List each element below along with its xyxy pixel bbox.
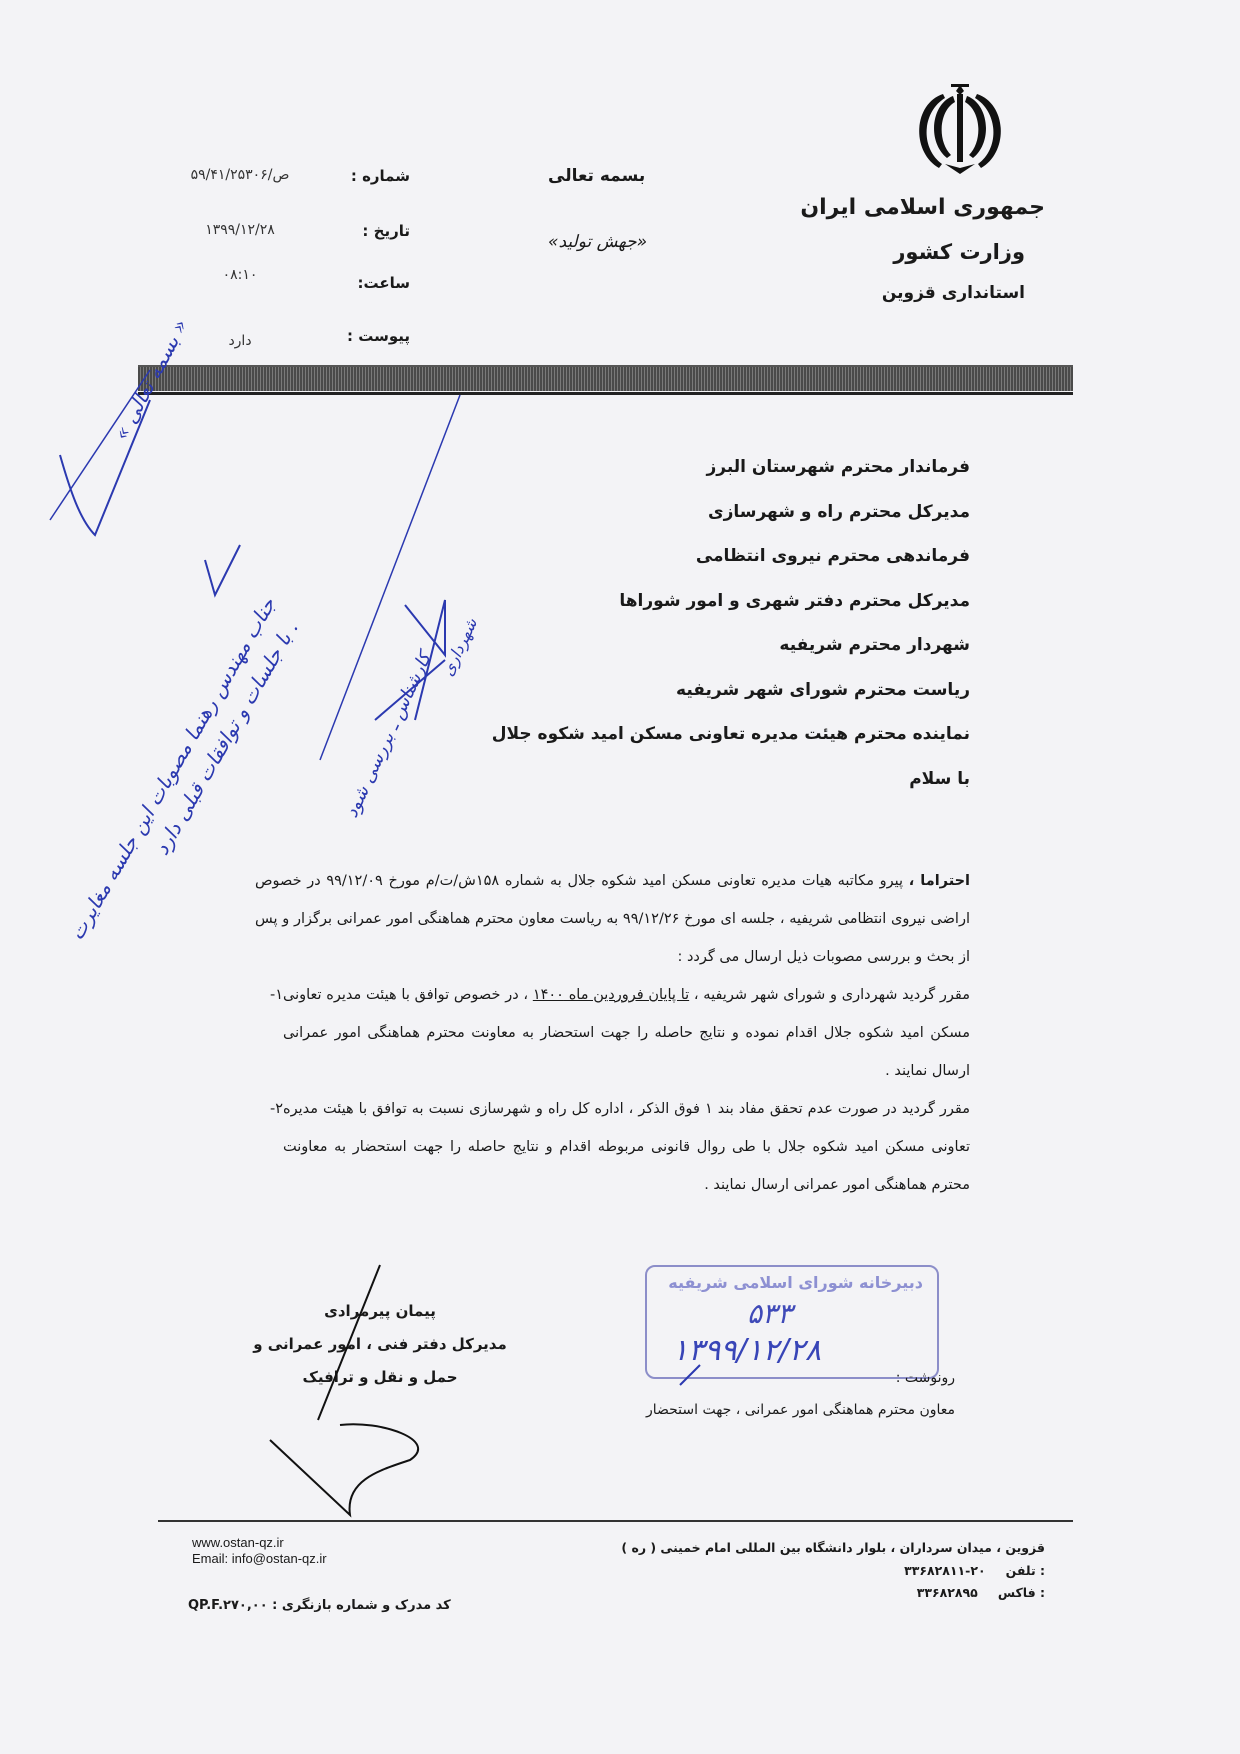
footer-phone: تلفن : ۳۳۶۸۲۸۱۱-۲۰	[904, 1563, 1045, 1578]
time-value: ۰۸:۱۰	[170, 267, 310, 283]
stamp-title: دبیرخانه شورای اسلامی شریفیه	[668, 1273, 923, 1292]
cc-label: رونوشت :	[896, 1370, 955, 1386]
item-text: مقرر گردید شهرداری و شورای شهر شریفیه ،	[689, 987, 970, 1003]
check-mark-icon	[205, 545, 240, 595]
date-label: تاریخ :	[330, 222, 410, 240]
footer-divider	[158, 1520, 1073, 1522]
date-value: ۱۳۹۹/۱۲/۲۸	[170, 222, 310, 238]
fax-label: فاکس :	[998, 1585, 1045, 1600]
phone-value: ۳۳۶۸۲۸۱۱-۲۰	[904, 1563, 985, 1578]
intro-text: پیرو مکاتبه هیات مدیره تعاونی مسکن امید …	[255, 873, 970, 965]
signer-title: مدیرکل دفتر فنی ، امور عمرانی و	[245, 1328, 515, 1361]
opening-word: احتراما ،	[909, 873, 970, 889]
slogan: «جهش تولید»	[548, 232, 647, 252]
resolution-item-1: ۱- مقرر گردید شهرداری و شورای شهر شریفیه…	[255, 976, 970, 1090]
intro-paragraph: احتراما ، پیرو مکاتبه هیات مدیره تعاونی …	[255, 862, 970, 976]
recipient-item: فرماندار محترم شهرستان البرز	[270, 452, 970, 497]
handwritten-note-line1: جناب مهندس رهنما مصوبات این جلسه مغایرت	[64, 593, 280, 944]
footer-web: www.ostan-qz.ir Email: info@ostan-qz.ir	[192, 1535, 327, 1567]
stamp-number: ۵۳۳	[747, 1297, 792, 1330]
recipient-item: شهردار محترم شریفیه	[270, 630, 970, 675]
country-name: جمهوری اسلامی ایران	[800, 195, 1045, 220]
letter-body: احتراما ، پیرو مکاتبه هیات مدیره تعاونی …	[255, 862, 970, 1204]
footer-address: قزوین ، میدان سرداران ، بلوار دانشگاه بی…	[621, 1540, 1045, 1555]
header-divider	[138, 392, 1073, 395]
office-name: استانداری قزوین	[882, 283, 1025, 303]
recipient-item: ریاست محترم شورای شهر شریفیه	[270, 675, 970, 720]
letter-page: جمهوری اسلامی ایران وزارت کشور استانداری…	[0, 0, 1240, 1754]
item-text: مقرر گردید در صورت عدم تحقق مفاد بند ۱ ف…	[283, 1101, 970, 1193]
attachment-value: دارد	[170, 333, 310, 349]
website-link[interactable]: www.ostan-qz.ir	[192, 1535, 327, 1551]
document-code: کد مدرک و شماره بازنگری : QP.F.۲۷۰,۰۰	[188, 1598, 451, 1613]
email-link[interactable]: Email: info@ostan-qz.ir	[192, 1551, 327, 1567]
phone-label: تلفن :	[1006, 1563, 1045, 1578]
deadline-underlined: تا پایان فروردین ماه ۱۴۰۰	[533, 987, 689, 1003]
bismillah: بسمه تعالی	[548, 166, 645, 186]
cc-recipient: معاون محترم هماهنگی امور عمرانی ، جهت اس…	[646, 1402, 955, 1418]
footer-fax: فاکس : ۳۳۶۸۲۸۹۵	[917, 1585, 1045, 1600]
fax-value: ۳۳۶۸۲۸۹۵	[917, 1585, 978, 1600]
number-label: شماره :	[330, 167, 410, 185]
ministry-name: وزارت کشور	[893, 240, 1025, 264]
iran-emblem-icon	[905, 80, 1015, 180]
signer-title-2: حمل و نقل و ترافیک	[245, 1361, 515, 1394]
signature-block: پیمان پیرمرادی مدیرکل دفتر فنی ، امور عم…	[245, 1295, 515, 1394]
attachment-label: پیوست :	[330, 327, 410, 345]
recipient-item: فرماندهی محترم نیروی انتظامی	[270, 541, 970, 586]
item-number: ۲-	[255, 1090, 283, 1204]
item-number: ۱-	[255, 976, 283, 1090]
secretariat-stamp: دبیرخانه شورای اسلامی شریفیه ۵۳۳ ۱۳۹۹/۱۲…	[645, 1265, 939, 1379]
stamp-date: ۱۳۹۹/۱۲/۲۸	[672, 1333, 821, 1368]
header-banner	[138, 365, 1073, 391]
resolution-item-2: ۲- مقرر گردید در صورت عدم تحقق مفاد بند …	[255, 1090, 970, 1204]
signer-name: پیمان پیرمرادی	[245, 1295, 515, 1328]
time-label: ساعت:	[330, 274, 410, 292]
number-value: ۵۹/۴۱/۲۵۳۰۶/ص	[170, 167, 310, 183]
recipient-item: مدیرکل محترم دفتر شهری و امور شوراها	[270, 586, 970, 631]
recipient-item: مدیرکل محترم راه و شهرسازی	[270, 497, 970, 542]
